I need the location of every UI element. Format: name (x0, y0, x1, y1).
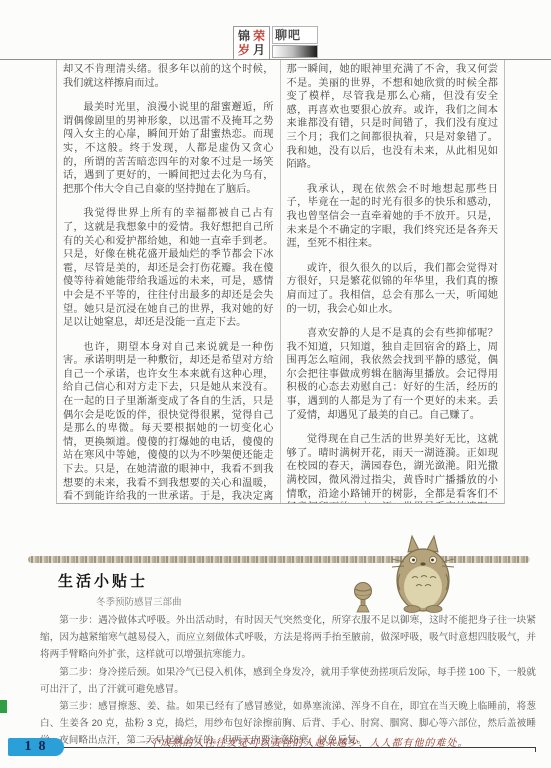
tips-body: 第一步：遇冷做体式呼吸。外出活动时，有时因天气突然变化，所穿衣服不足以御寒，这时… (40, 612, 536, 750)
article-body: 却又不肯理清头绪。很多年以前的这个时候，我们就这样擦肩而过。 最美时光里，浪漫小… (56, 60, 505, 504)
footer-quote: · 一个成熟的人往往发觉可以责怪的人越来越少，人人都有他的难处。 (70, 734, 530, 749)
article-paragraph: 也许，期望本身对自己来说就是一种伤害。承诺明明是一种敷衍，却还是希望对方给自己一… (63, 341, 274, 503)
page-header: 锦 荣 岁 月 聊吧 (0, 26, 551, 60)
brand-char: 锦 (237, 29, 251, 43)
brand-char: 岁 (237, 43, 251, 57)
tip-step: 第一步：遇冷做体式呼吸。外出活动时，有时因天气突然变化，所穿衣服不足以御寒，这时… (40, 612, 536, 664)
page-edge-mark (0, 700, 7, 713)
brand-char: 月 (252, 43, 266, 57)
magazine-page: 锦 荣 岁 月 聊吧 却又不肯理清头绪。很多年以前的这个时候，我们就这样擦肩而过… (0, 0, 551, 768)
article-column-left: 却又不肯理清头绪。很多年以前的这个时候，我们就这样擦肩而过。 最美时光里，浪漫小… (57, 60, 281, 503)
tips-subtitle: 冬季预防感冒三部曲 (40, 594, 536, 608)
brand-char: 荣 (252, 29, 266, 43)
article-paragraph: 那一瞬间，她的眼神里充满了不舍，我又何尝不是。美丽的世界，不想和她欣赏的时候全都… (287, 63, 499, 172)
article-paragraph: 我承认，现在依然会不时地想起那些日子，毕竟在一起的时光有很多的快乐和感动，我也曾… (287, 183, 499, 251)
article-paragraph: 或许，很久很久的以后，我们都会觉得对方很好，只是繁花似锦的年华里，我们真的擦肩而… (287, 262, 499, 316)
article-paragraph: 却又不肯理清头绪。很多年以前的这个时候，我们就这样擦肩而过。 (63, 63, 274, 90)
section-block: 聊吧 (272, 26, 318, 58)
tip-step: 第二步：身冷搓后颈。如果冷气已侵入机体，感到全身发冷，就用手掌使劲搓项后发际，每… (40, 664, 536, 698)
magazine-title: 锦 荣 岁 月 (233, 26, 270, 60)
article-paragraph: 最美时光里，浪漫小说里的甜蜜邂逅，所谓偶像剧里的男神形象，以迅雷不及掩耳之势闯入… (63, 101, 274, 196)
life-tips-section: 生活小贴士 冬季预防感冒三部曲 第一步：遇冷做体式呼吸。外出活动时，有时因天气突… (40, 570, 536, 750)
tips-title: 生活小贴士 (40, 570, 536, 591)
article-paragraph: 我觉得世界上所有的幸福都被自己占有了，这就是我想象中的爱情。我好想把自己所有的关… (63, 207, 274, 329)
page-number-badge: 18 (8, 738, 64, 756)
article-column-right: 那一瞬间，她的眼神里充满了不舍，我又何尝不是。美丽的世界，不想和她欣赏的时候全都… (281, 60, 505, 503)
article-paragraph: 喜欢安静的人是不是真的会有些抑郁呢？我不知道，只知道，独自走回宿舍的路上，周围再… (287, 327, 499, 422)
gradient-bar-decoration (272, 45, 318, 58)
article-paragraph: 觉得现在自己生活的世界美好无比，这就够了。晴时满树开花，雨天一湖涟漪。正如现在校… (287, 433, 499, 503)
section-label: 聊吧 (272, 26, 318, 44)
